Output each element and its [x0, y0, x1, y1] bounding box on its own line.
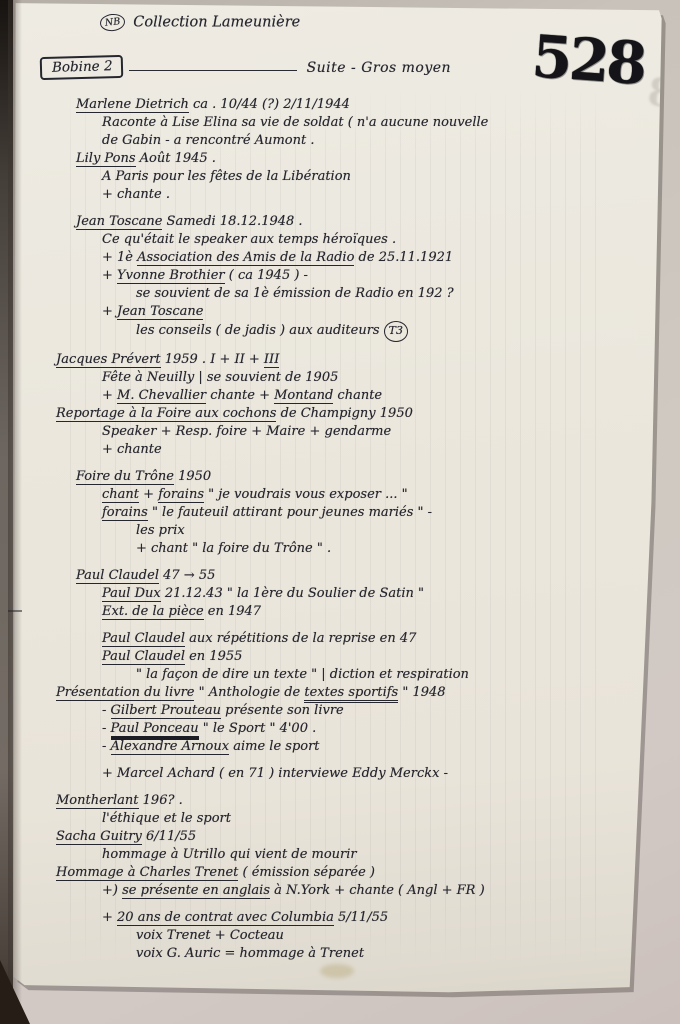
text-segment: Jean Toscane — [117, 304, 203, 320]
text-segment: les prix — [136, 523, 185, 538]
document-line: l'éthique et le sport — [56, 810, 654, 828]
text-segment: de 25.11.1921 — [354, 250, 453, 265]
text-segment: de Champigny 1950 — [276, 406, 412, 421]
document-line: hommage à Utrillo qui vient de mourir — [56, 846, 654, 864]
document-line: + Yvonne Brothier ( ca 1945 ) - — [56, 267, 654, 285]
text-segment: + — [102, 304, 117, 319]
text-segment: ( émission séparée ) — [238, 865, 375, 880]
text-segment: " le fauteuil attirant pour jeunes marié… — [148, 505, 432, 520]
text-segment: se présente en anglais — [122, 883, 270, 899]
document-line: Marlene Dietrich ca . 10/44 (?) 2/11/194… — [56, 96, 654, 114]
text-segment: Paul Claudel — [76, 568, 159, 584]
text-segment: + — [102, 910, 117, 925]
document-line: + 20 ans de contrat avec Columbia 5/11/5… — [56, 909, 654, 927]
text-segment: + — [102, 268, 117, 283]
text-segment: Hommage à Charles Trenet — [56, 865, 238, 881]
document-line: Lily Pons Août 1945 . — [56, 150, 654, 168]
text-segment: 21.12.43 " la 1ère du Soulier de Satin " — [161, 586, 424, 601]
text-segment: " je voudrais vous exposer ... " — [204, 487, 408, 502]
document-line: A Paris pour les fêtes de la Libération — [56, 168, 654, 186]
text-segment: Montand — [274, 388, 333, 404]
scan-background: NBCollection Lameunière Bobine 2 Suite -… — [0, 0, 680, 1024]
text-segment: " la façon de dire un texte " | diction … — [136, 667, 469, 682]
text-segment: Raconte à Lise Elina sa vie de soldat ( … — [102, 115, 488, 130]
text-segment: +) — [102, 883, 122, 898]
document-line: Paul Claudel aux répétitions de la repri… — [56, 630, 654, 648]
text-segment: - — [102, 703, 111, 718]
collection-note: NBCollection Lameunière — [100, 14, 300, 31]
collection-title: Collection Lameunière — [133, 15, 300, 31]
text-segment: en 1947 — [204, 604, 261, 619]
text-segment: + Marcel Achard ( en 71 ) interviewe Edd… — [102, 766, 448, 781]
document-line: " la façon de dire un texte " | diction … — [56, 666, 654, 684]
document-line: forains " le fauteuil attirant pour jeun… — [56, 504, 654, 522]
document-line: Speaker + Resp. foire + Maire + gendarme — [56, 423, 654, 441]
text-segment: + — [139, 487, 158, 502]
document-line: + chante . — [56, 186, 654, 204]
circled-note: T3 — [384, 321, 408, 342]
paper-stain — [320, 964, 354, 978]
text-segment: Montherlant — [56, 793, 139, 809]
document-line: Paul Claudel en 1955 — [56, 648, 654, 666]
document-line: - Alexandre Arnoux aime le sport — [56, 738, 654, 756]
text-segment: les conseils ( de jadis ) aux auditeurs — [136, 323, 380, 338]
text-segment: - — [102, 739, 111, 754]
text-segment: chante + — [206, 388, 274, 403]
text-segment: 1950 — [174, 469, 211, 484]
document-line: Hommage à Charles Trenet ( émission sépa… — [56, 864, 654, 882]
text-segment: Présentation du livre — [56, 685, 194, 701]
text-segment: Yvonne Brothier — [117, 268, 225, 284]
text-segment: Paul Dux — [102, 586, 161, 602]
text-segment: 5/11/55 — [334, 910, 388, 925]
text-segment: 20 ans de contrat avec Columbia — [117, 910, 334, 926]
text-segment: aux répétitions de la reprise en 47 — [185, 631, 416, 646]
text-segment: Paul Claudel — [102, 649, 185, 665]
text-segment: en 1955 — [185, 649, 242, 664]
text-segment: Gilbert Prouteau — [111, 703, 222, 719]
text-segment: Samedi 18.12.1948 . — [162, 214, 302, 229]
text-segment: M. Chevallier — [117, 388, 206, 404]
document-line: Paul Dux 21.12.43 " la 1ère du Soulier d… — [56, 585, 654, 603]
document-line: se souvient de sa 1è émission de Radio e… — [56, 285, 654, 303]
text-segment: chant — [102, 487, 139, 503]
document-line: Ext. de la pièce en 1947 — [56, 603, 654, 621]
document-line: + chant " la foire du Trône " . — [56, 540, 654, 558]
text-segment: voix Trenet + Cocteau — [136, 928, 284, 943]
text-segment: 6/11/55 — [142, 829, 196, 844]
text-segment: à N.York + chante ( Angl + FR ) — [270, 883, 485, 898]
text-segment: Août 1945 . — [136, 151, 216, 166]
document-line: les conseils ( de jadis ) aux auditeursT… — [56, 321, 654, 342]
text-segment: Fête à Neuilly | se souvient de 1905 — [102, 370, 338, 385]
rule-line — [129, 70, 297, 71]
document-line: Sacha Guitry 6/11/55 — [56, 828, 654, 846]
reel-label: Bobine 2 — [40, 55, 123, 80]
edge-pencil-mark — [8, 610, 22, 612]
document-line: + M. Chevallier chante + Montand chante — [56, 387, 654, 405]
text-segment: Speaker + Resp. foire + Maire + gendarme — [102, 424, 391, 439]
document-line: + Marcel Achard ( en 71 ) interviewe Edd… — [56, 765, 654, 783]
document-line: Jacques Prévert 1959 . I + II + III — [56, 351, 654, 369]
text-segment: Marlene Dietrich — [76, 97, 189, 113]
text-segment: Jean Toscane — [76, 214, 162, 230]
text-segment: " 1948 — [398, 685, 445, 700]
document-line: Foire du Trône 1950 — [56, 468, 654, 486]
text-segment: A Paris pour les fêtes de la Libération — [102, 169, 351, 184]
text-segment: Foire du Trône — [76, 469, 174, 485]
document-line: - Gilbert Prouteau présente son livre — [56, 702, 654, 720]
document-line: Jean Toscane Samedi 18.12.1948 . — [56, 213, 654, 231]
text-segment: l'éthique et le sport — [102, 811, 231, 826]
document-line: voix G. Auric = hommage à Trenet — [56, 945, 654, 963]
document-line: Fête à Neuilly | se souvient de 1905 — [56, 369, 654, 387]
document-line: + 1è Association des Amis de la Radio de… — [56, 249, 654, 267]
document-line: +) se présente en anglais à N.York + cha… — [56, 882, 654, 900]
text-segment: aime le sport — [229, 739, 319, 754]
text-segment: + chante — [102, 442, 162, 457]
text-segment: Ce qu'était le speaker aux temps héroïqu… — [102, 232, 396, 247]
paper-sheet: NBCollection Lameunière Bobine 2 Suite -… — [0, 0, 680, 1024]
text-segment: textes sportifs — [304, 685, 398, 703]
text-segment: + chant " la foire du Trône " . — [136, 541, 331, 556]
section-title: Suite - Gros moyen — [307, 60, 451, 76]
document-line: + Jean Toscane — [56, 303, 654, 321]
text-segment: + 1è — [102, 250, 137, 265]
document-line: de Gabin - a rencontré Aumont . — [56, 132, 654, 150]
text-segment: de Gabin - a rencontré Aumont . — [102, 133, 314, 148]
reel-row: Bobine 2 Suite - Gros moyen — [40, 56, 451, 79]
document-line: chant + forains " je voudrais vous expos… — [56, 486, 654, 504]
text-segment: - — [102, 721, 111, 736]
text-segment: présente son livre — [221, 703, 344, 718]
text-segment: " le Sport " 4'00 . — [199, 721, 317, 736]
document-line: Raconte à Lise Elina sa vie de soldat ( … — [56, 114, 654, 132]
text-segment: Association des Amis de la Radio — [137, 250, 354, 266]
text-segment: Paul Claudel — [102, 631, 185, 647]
document-line: - Paul Ponceau " le Sport " 4'00 . — [56, 720, 654, 738]
text-segment: Lily Pons — [76, 151, 136, 167]
page-number-stamp: 528 — [530, 22, 647, 98]
text-segment: Alexandre Arnoux — [111, 739, 230, 755]
text-segment: ( ca 1945 ) - — [225, 268, 308, 283]
text-segment: + chante . — [102, 187, 170, 202]
text-segment: voix G. Auric = hommage à Trenet — [136, 946, 364, 961]
text-segment: " Anthologie de — [194, 685, 304, 700]
scan-edge-left-fade — [8, 0, 22, 1024]
text-segment: Ext. de la pièce — [102, 604, 204, 620]
text-segment: + — [102, 388, 117, 403]
text-segment: ca . 10/44 (?) 2/11/1944 — [189, 97, 350, 112]
text-segment: se souvient de sa 1è émission de Radio e… — [136, 286, 454, 301]
text-segment: Jacques Prévert — [56, 352, 161, 368]
text-segment: hommage à Utrillo qui vient de mourir — [102, 847, 357, 862]
document-line: Présentation du livre " Anthologie de te… — [56, 684, 654, 702]
document-line: Ce qu'était le speaker aux temps héroïqu… — [56, 231, 654, 249]
text-segment: 47 → 55 — [159, 568, 215, 583]
text-segment: forains — [102, 505, 148, 521]
text-segment: Reportage à la Foire aux cochons — [56, 406, 276, 422]
document-line: Reportage à la Foire aux cochons de Cham… — [56, 405, 654, 423]
document-line: + chante — [56, 441, 654, 459]
text-segment: Sacha Guitry — [56, 829, 142, 845]
text-segment: III — [264, 352, 279, 368]
document-line: Montherlant 196? . — [56, 792, 654, 810]
text-segment: 1959 . I + II + — [161, 352, 264, 367]
text-segment: 196? . — [139, 793, 183, 808]
document-lines: Marlene Dietrich ca . 10/44 (?) 2/11/194… — [56, 96, 654, 963]
text-segment: forains — [158, 487, 204, 503]
document-line: les prix — [56, 522, 654, 540]
nb-badge: NB — [99, 13, 126, 33]
document-line: Paul Claudel 47 → 55 — [56, 567, 654, 585]
document-line: voix Trenet + Cocteau — [56, 927, 654, 945]
text-segment: chante — [333, 388, 382, 403]
